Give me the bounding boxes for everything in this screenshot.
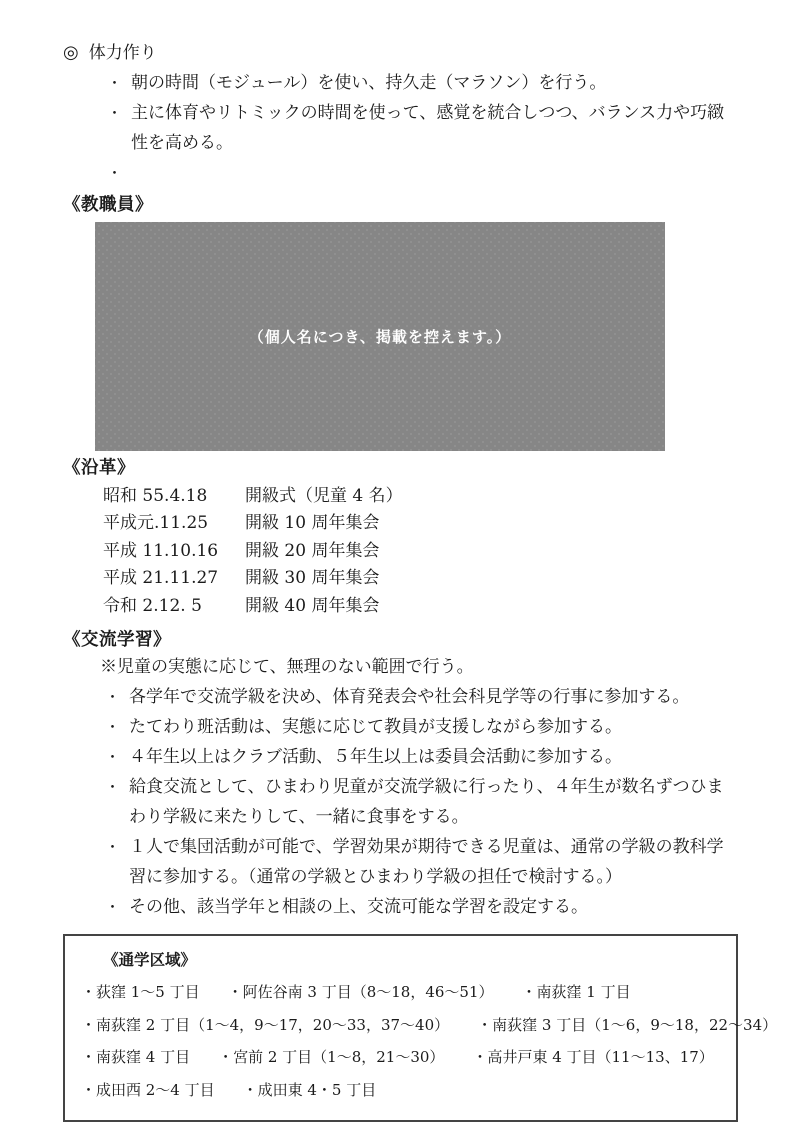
list-item: ・ 朝の時間（モジュール）を使い、持久走（マラソン）を行う。	[107, 68, 738, 98]
section-staff: 《教職員》 （個人名につき、掲載を控えます。）	[63, 191, 738, 451]
exchange-bullet-list: ・ 各学年で交流学級を決め、体育発表会や社会科見学等の行事に参加する。 ・ たて…	[105, 682, 738, 922]
fitness-title-text: 体力作り	[89, 38, 157, 68]
bullet-icon: ・	[105, 832, 129, 892]
bullet-icon: ・	[107, 158, 131, 188]
list-item: ・ 主に体育やリトミックの時間を使って、感覚を統合しつつ、バランス力や巧緻性を高…	[107, 98, 738, 158]
list-item: ・ たてわり班活動は、実態に応じて教員が支援しながら参加する。	[105, 712, 738, 742]
history-date: 昭和 55.4.18	[103, 483, 245, 510]
district-item: ・荻窪 1～5 丁目	[81, 976, 200, 1009]
exchange-bullet-text: その他、該当学年と相談の上、交流可能な学習を設定する。	[129, 892, 738, 922]
district-item: ・南荻窪 3 丁目（1～6，9～18，22～34）	[477, 1009, 777, 1042]
history-event: 開級 10 周年集会	[245, 510, 738, 537]
district-item: ・阿佐谷南 3 丁目（8～18，46～51）	[228, 976, 494, 1009]
history-event: 開級 40 周年集会	[245, 593, 738, 620]
list-item: ・ １人で集団活動が可能で、学習効果が期待できる児童は、通常の学級の教科学習に参…	[105, 832, 738, 892]
exchange-bullet-text: たてわり班活動は、実態に応じて教員が支援しながら参加する。	[129, 712, 738, 742]
district-item: ・南荻窪 1 丁目	[522, 976, 631, 1009]
exchange-note: ※児童の実態に応じて、無理のない範囲で行う。	[100, 652, 738, 682]
fitness-title: ◎ 体力作り	[63, 38, 738, 68]
table-row: 平成 11.10.16 開級 20 周年集会	[103, 538, 738, 565]
bullet-icon: ・	[107, 68, 131, 98]
table-row: 平成元.11.25 開級 10 周年集会	[103, 510, 738, 537]
bullet-icon: ・	[105, 682, 129, 712]
list-item: ・ ４年生以上はクラブ活動、５年生以上は委員会活動に参加する。	[105, 742, 738, 772]
section-district: 《通学区域》 ・荻窪 1～5 丁目 ・阿佐谷南 3 丁目（8～18，46～51）…	[63, 934, 738, 1122]
district-item: ・南荻窪 2 丁目（1～4，9～17，20～33，37～40）	[81, 1009, 449, 1042]
district-line: ・成田西 2～4 丁目 ・成田東 4・5 丁目	[81, 1074, 718, 1107]
table-row: 平成 21.11.27 開級 30 周年集会	[103, 565, 738, 592]
section-exchange: 《交流学習》 ※児童の実態に応じて、無理のない範囲で行う。 ・ 各学年で交流学級…	[63, 626, 738, 922]
district-item: ・南荻窪 4 丁目	[81, 1041, 190, 1074]
bullet-icon: ・	[105, 712, 129, 742]
bullet-icon: ・	[105, 742, 129, 772]
staff-photo-redacted-box: （個人名につき、掲載を控えます。）	[95, 222, 665, 451]
history-table: 昭和 55.4.18 開級式（児童 4 名） 平成元.11.25 開級 10 周…	[103, 483, 738, 620]
section-history: 《沿革》 昭和 55.4.18 開級式（児童 4 名） 平成元.11.25 開級…	[63, 454, 738, 620]
bullet-icon: ・	[105, 892, 129, 922]
history-heading: 《沿革》	[63, 454, 738, 480]
list-item: ・ 各学年で交流学級を決め、体育発表会や社会科見学等の行事に参加する。	[105, 682, 738, 712]
exchange-bullet-text: ４年生以上はクラブ活動、５年生以上は委員会活動に参加する。	[129, 742, 738, 772]
history-date: 平成 11.10.16	[103, 538, 245, 565]
district-item: ・成田西 2～4 丁目	[81, 1074, 215, 1107]
history-date: 令和 2.12. 5	[103, 593, 245, 620]
history-event: 開級式（児童 4 名）	[245, 483, 738, 510]
staff-heading: 《教職員》	[63, 191, 738, 217]
history-event: 開級 30 周年集会	[245, 565, 738, 592]
document-page: ◎ 体力作り ・ 朝の時間（モジュール）を使い、持久走（マラソン）を行う。 ・ …	[0, 0, 800, 1122]
exchange-bullet-text: 各学年で交流学級を決め、体育発表会や社会科見学等の行事に参加する。	[129, 682, 738, 712]
district-heading: 《通学区域》	[103, 946, 718, 976]
list-item: ・ その他、該当学年と相談の上、交流可能な学習を設定する。	[105, 892, 738, 922]
section-fitness: ◎ 体力作り ・ 朝の時間（モジュール）を使い、持久走（マラソン）を行う。 ・ …	[63, 38, 738, 188]
district-line: ・南荻窪 2 丁目（1～4，9～17，20～33，37～40） ・南荻窪 3 丁…	[81, 1009, 718, 1042]
bullet-icon: ・	[105, 772, 129, 832]
exchange-heading: 《交流学習》	[63, 626, 738, 652]
district-item: ・高井戸東 4 丁目（11～13、17）	[472, 1041, 713, 1074]
district-line: ・荻窪 1～5 丁目 ・阿佐谷南 3 丁目（8～18，46～51） ・南荻窪 1…	[81, 976, 718, 1009]
history-event: 開級 20 周年集会	[245, 538, 738, 565]
history-date: 平成 21.11.27	[103, 565, 245, 592]
fitness-bullet-text	[131, 158, 738, 188]
exchange-bullet-text: １人で集団活動が可能で、学習効果が期待できる児童は、通常の学級の教科学習に参加す…	[129, 832, 738, 892]
privacy-notice-text: （個人名につき、掲載を控えます。）	[249, 326, 511, 347]
double-circle-marker: ◎	[63, 38, 79, 68]
fitness-bullet-text: 主に体育やリトミックの時間を使って、感覚を統合しつつ、バランス力や巧緻性を高める…	[131, 98, 738, 158]
table-row: 令和 2.12. 5 開級 40 周年集会	[103, 593, 738, 620]
list-item: ・	[107, 158, 738, 188]
list-item: ・ 給食交流として、ひまわり児童が交流学級に行ったり、４年生が数名ずつひまわり学…	[105, 772, 738, 832]
fitness-bullet-text: 朝の時間（モジュール）を使い、持久走（マラソン）を行う。	[131, 68, 738, 98]
district-item: ・宮前 2 丁目（1～8，21～30）	[218, 1041, 444, 1074]
fitness-bullet-list: ・ 朝の時間（モジュール）を使い、持久走（マラソン）を行う。 ・ 主に体育やリト…	[107, 68, 738, 188]
exchange-bullet-text: 給食交流として、ひまわり児童が交流学級に行ったり、４年生が数名ずつひまわり学級に…	[129, 772, 738, 832]
history-date: 平成元.11.25	[103, 510, 245, 537]
table-row: 昭和 55.4.18 開級式（児童 4 名）	[103, 483, 738, 510]
district-item: ・成田東 4・5 丁目	[243, 1074, 377, 1107]
bullet-icon: ・	[107, 98, 131, 158]
district-line: ・南荻窪 4 丁目 ・宮前 2 丁目（1～8，21～30） ・高井戸東 4 丁目…	[81, 1041, 718, 1074]
